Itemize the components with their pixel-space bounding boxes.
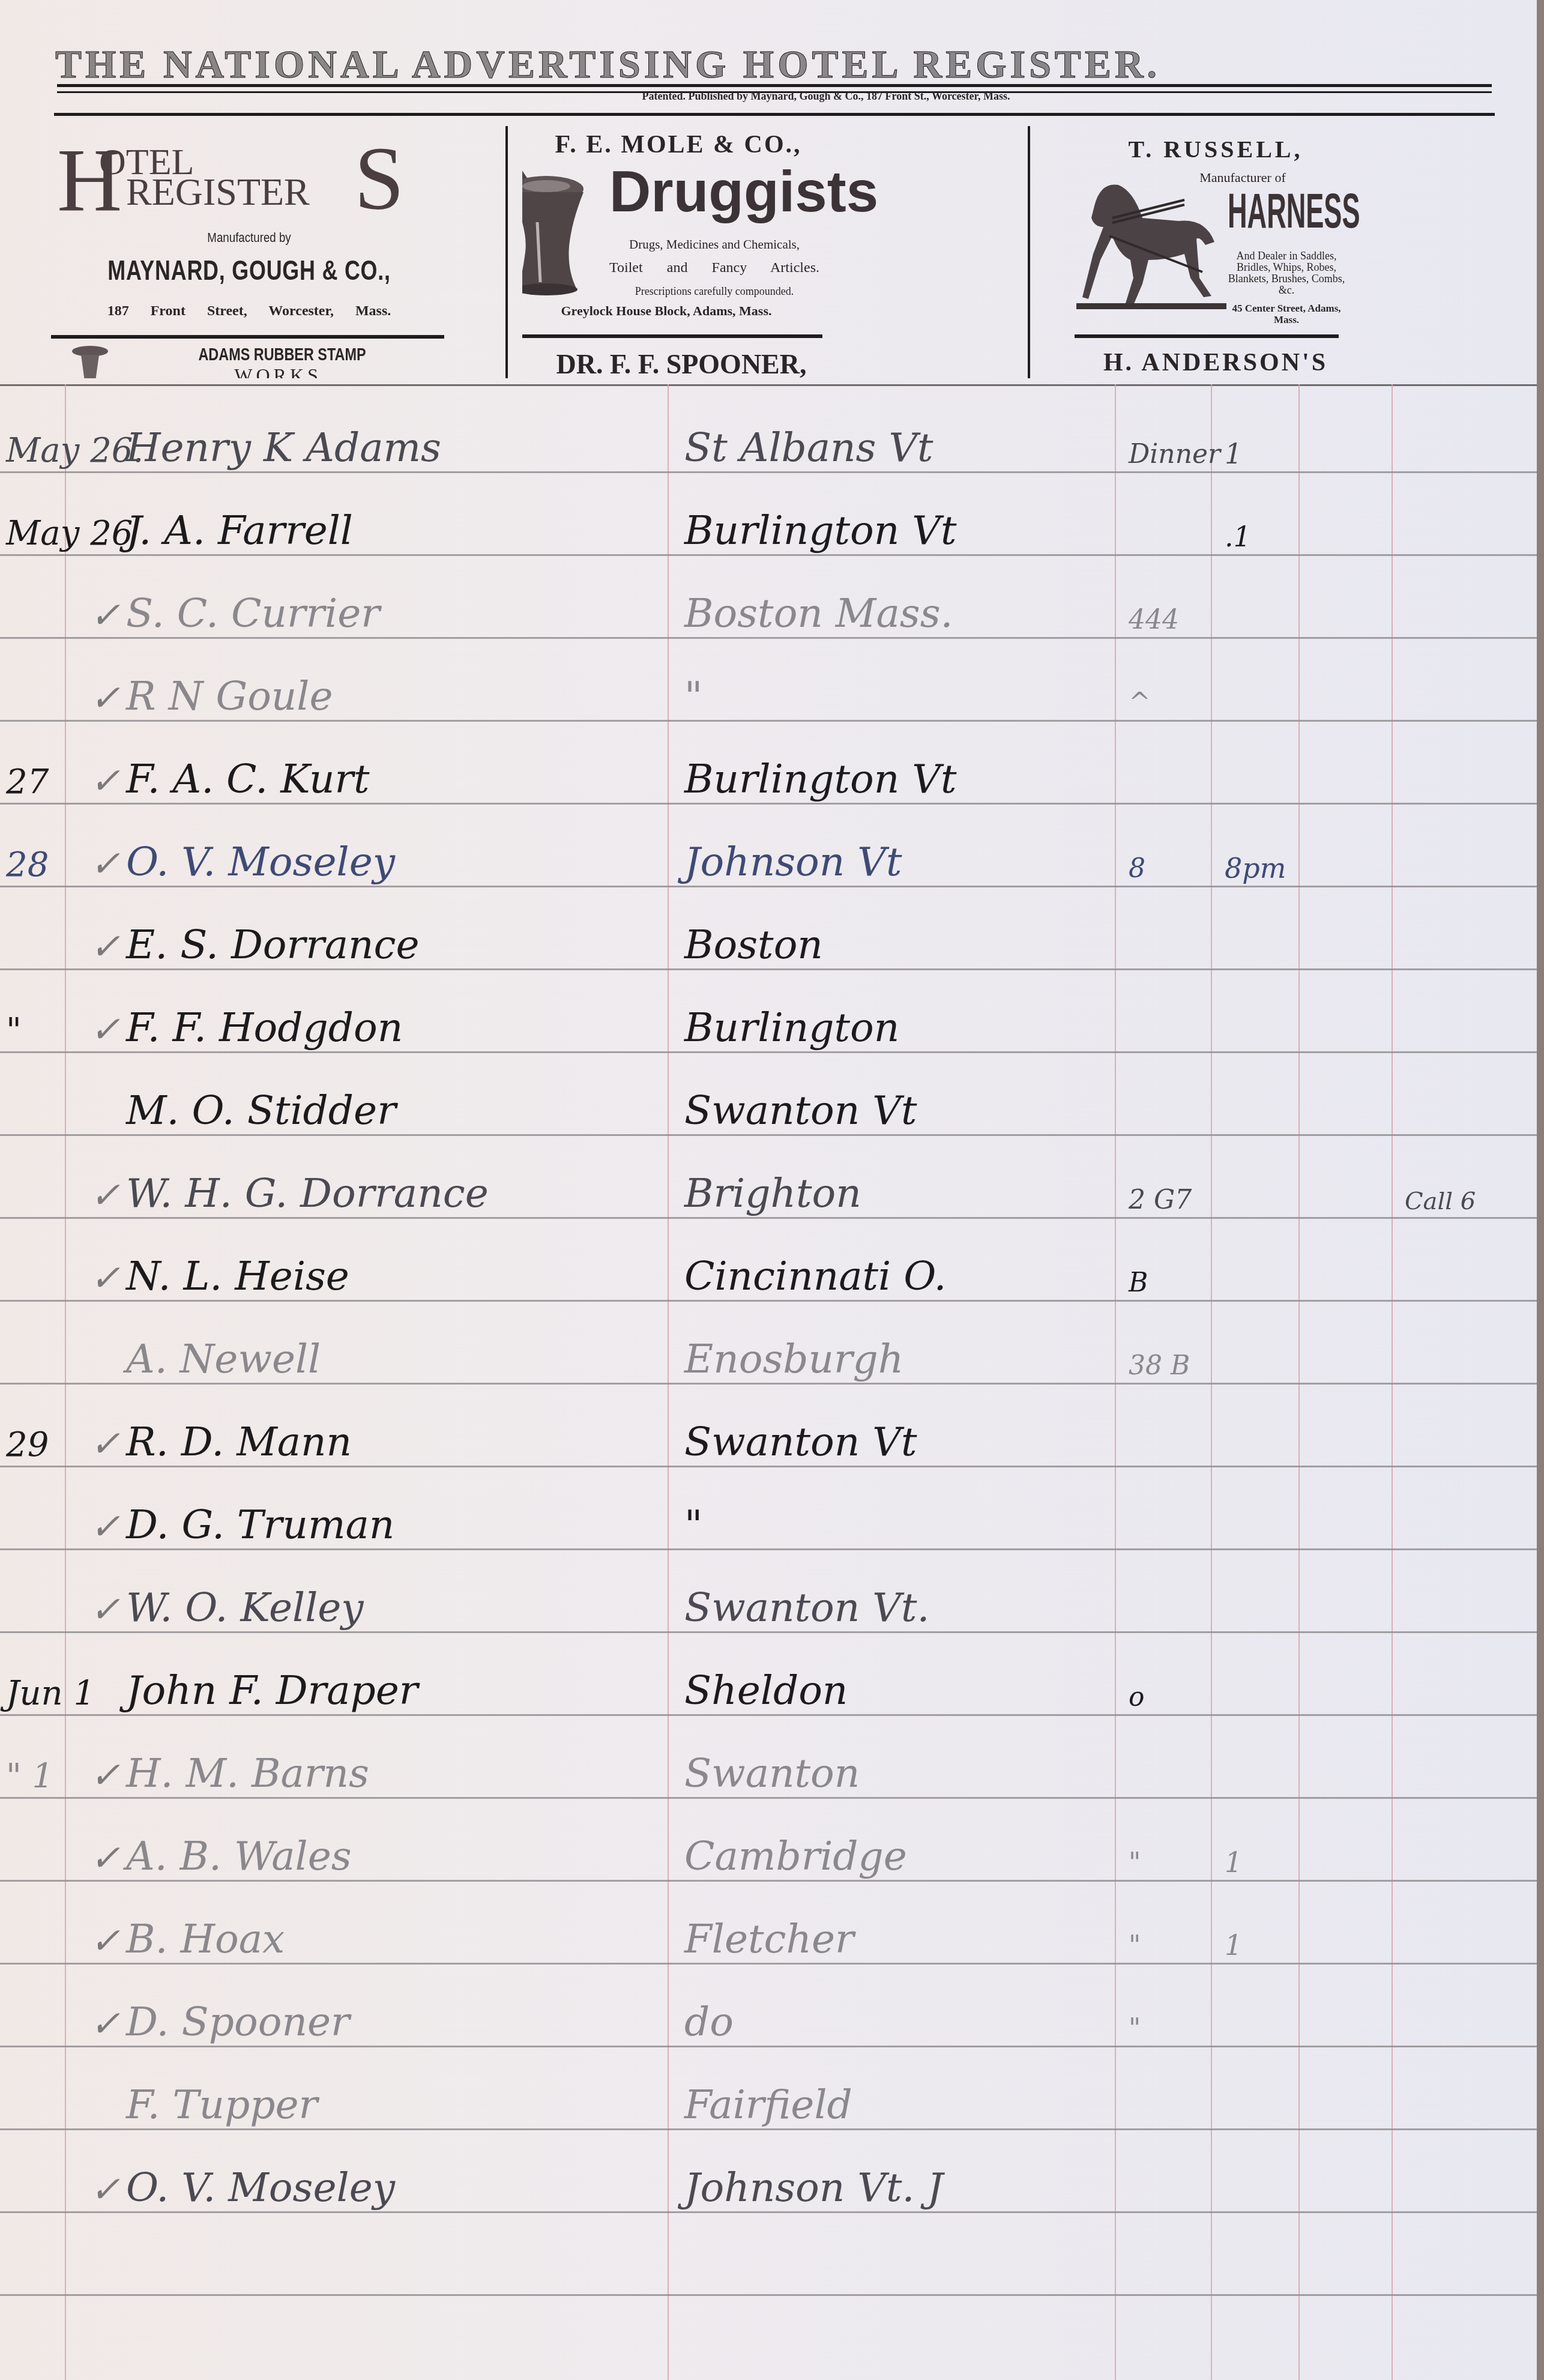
ad-company: T. RUSSELL, xyxy=(1084,135,1348,163)
guest-residence: Swanton Vt. xyxy=(684,1588,929,1628)
ad-line-2: Toilet and Fancy Articles. xyxy=(609,260,819,276)
ad-divider xyxy=(1028,126,1030,378)
guest-residence: Johnson Vt xyxy=(684,842,902,882)
ad-headline: HARNESS xyxy=(1228,183,1291,240)
ad-stamp-works: ADAMS RUBBER STAMP xyxy=(154,345,411,364)
checkmark-icon: ✓ xyxy=(90,929,120,965)
checkmark-icon: ✓ xyxy=(90,1592,120,1628)
guest-entry-row: ✓ B. Hoax Fletcher " 1 xyxy=(0,1881,1537,1963)
room-number: o xyxy=(1129,1684,1145,1711)
checkmark-icon: ✓ xyxy=(90,763,120,799)
room-number: " xyxy=(1129,1933,1141,1959)
guest-residence: Johnson Vt. J xyxy=(684,2168,943,2208)
ad-divider xyxy=(505,126,508,378)
guest-residence: Swanton xyxy=(684,1754,860,1793)
guest-residence: Burlington xyxy=(684,1008,899,1048)
room-number: Dinner xyxy=(1129,441,1220,468)
guest-name: F. F. Hodgdon xyxy=(126,1008,403,1048)
guest-entry-row: 27 ✓ F. A. C. Kurt Burlington Vt xyxy=(0,721,1537,803)
guest-name: W. O. Kelley xyxy=(126,1588,364,1628)
guest-name: B. Hoax xyxy=(126,1919,285,1959)
ad-line-1: Drugs, Medicines and Chemicals, xyxy=(612,237,816,252)
room-number: 38 B xyxy=(1129,1353,1190,1379)
guest-entry-row: ✓ O. V. Moseley Johnson Vt. J xyxy=(0,2130,1537,2211)
guest-name: F. A. C. Kurt xyxy=(126,760,370,799)
room-number: " xyxy=(1129,2016,1141,2042)
guest-name: A. B. Wales xyxy=(126,1837,352,1876)
guest-name: O. V. Moseley xyxy=(126,2168,395,2208)
ad-druggists: F. E. MOLE & CO., Druggists Drugs, Medic… xyxy=(522,123,1015,378)
guest-name: R. D. Mann xyxy=(126,1422,352,1462)
ad-line-3: Prescriptions carefully compounded. xyxy=(612,285,816,298)
guest-residence: do xyxy=(684,2002,734,2042)
guest-name: R N Goule xyxy=(126,677,333,716)
extra-column-1: 8pm xyxy=(1225,854,1286,882)
guest-residence: Cincinnati O. xyxy=(684,1257,946,1296)
guest-name: F. Tupper xyxy=(126,2085,318,2125)
extra-column-3: Call 6 xyxy=(1405,1189,1476,1213)
entry-date: May 26. xyxy=(6,434,96,468)
room-number: 444 xyxy=(1129,607,1179,633)
guest-name: O. V. Moseley xyxy=(126,842,395,882)
guest-name: E. S. Dorrance xyxy=(126,925,420,965)
masthead-rule-top xyxy=(57,84,1492,87)
guest-entry-row: ✓ D. Spooner do " xyxy=(0,1964,1537,2046)
guest-residence: " xyxy=(684,677,702,716)
guest-name: Henry K Adams xyxy=(126,428,441,468)
extra-column-1: 1 xyxy=(1225,1849,1242,1876)
guest-residence: Swanton Vt xyxy=(684,1091,917,1131)
guest-residence: Fletcher xyxy=(684,1919,854,1959)
entry-date: " xyxy=(6,1014,96,1048)
guest-entry-row: ✓ W. H. G. Dorrance Brighton 2 G7 Call 6 xyxy=(0,1135,1537,1217)
guest-entry-row: ✓ W. O. Kelley Swanton Vt. xyxy=(0,1550,1537,1631)
guest-entry-row: ✓ E. S. Dorrance Boston xyxy=(0,887,1537,968)
guest-name: J. A. Farrell xyxy=(126,511,353,551)
checkmark-icon: ✓ xyxy=(90,1426,120,1462)
ad-rule xyxy=(1075,334,1339,338)
masthead-rule-bottom xyxy=(54,113,1495,116)
guest-entry-row: Jun 1 John F. Draper Sheldon o xyxy=(0,1632,1537,1714)
horse-harness-icon xyxy=(1076,170,1226,311)
checkmark-icon: ✓ xyxy=(90,1260,120,1296)
guest-name: M. O. Stidder xyxy=(126,1091,396,1131)
guest-entry-row: ✓ R N Goule " ^ xyxy=(0,638,1537,720)
ad-dealer-text: And Dealer in Saddles, Bridles, Whips, R… xyxy=(1226,250,1346,296)
checkmark-icon: ✓ xyxy=(90,846,120,882)
book-spine-edge xyxy=(1537,0,1544,2380)
ad-address: 187 Front Street, Worcester, Mass. xyxy=(51,303,447,319)
guest-entry-row: " ✓ F. F. Hodgdon Burlington xyxy=(0,970,1537,1051)
rubber-stamp-icon xyxy=(69,345,111,378)
ad-registers: REGISTER xyxy=(126,170,310,214)
guest-name: N. L. Heise xyxy=(126,1257,349,1296)
guest-residence: Cambridge xyxy=(684,1837,907,1876)
guest-entry-row: May 26 J. A. Farrell Burlington Vt .1 xyxy=(0,473,1537,554)
guest-residence: Swanton Vt xyxy=(684,1422,917,1462)
ad-next-anderson: H. ANDERSON'S xyxy=(1054,348,1378,377)
checkmark-icon: ✓ xyxy=(90,2006,120,2042)
guest-entry-row: A. Newell Enosburgh 38 B xyxy=(0,1301,1537,1383)
entry-date: 29 xyxy=(6,1428,96,1462)
ad-harness: T. RUSSELL, Manufacturer of HARNESS And … xyxy=(1036,123,1504,378)
guest-entry-row: May 26. Henry K Adams St Albans Vt Dinne… xyxy=(0,390,1537,471)
guest-name: W. H. G. Dorrance xyxy=(126,1174,489,1213)
ad-next-spooner: DR. F. F. SPOONER, xyxy=(522,348,876,378)
checkmark-icon: ✓ xyxy=(90,2172,120,2208)
extra-column-1: .1 xyxy=(1225,523,1251,551)
guest-residence: Enosburgh xyxy=(684,1340,903,1379)
entry-date: Jun 1 xyxy=(6,1677,96,1711)
ad-headline: Druggists xyxy=(609,159,825,225)
checkmark-icon: ✓ xyxy=(90,1923,120,1959)
checkmark-icon: ✓ xyxy=(90,680,120,716)
ruled-line xyxy=(0,2294,1537,2296)
guest-entry-row: ✓ N. L. Heise Cincinnati O. B xyxy=(0,1218,1537,1300)
room-number: B xyxy=(1129,1270,1148,1296)
masthead-title: THE NATIONAL ADVERTISING HOTEL REGISTER. xyxy=(55,42,1496,88)
checkmark-icon: ✓ xyxy=(90,1509,120,1545)
guest-residence: Fairfield xyxy=(684,2085,852,2125)
guest-name: John F. Draper xyxy=(126,1671,418,1711)
ad-rule xyxy=(522,334,822,338)
entry-date: " 1 xyxy=(6,1760,96,1793)
extra-column-1: 1 xyxy=(1225,440,1242,468)
guest-name: D. Spooner xyxy=(126,2002,350,2042)
ad-company: MAYNARD, GOUGH & CO., xyxy=(95,254,404,286)
guest-entry-row: ✓ A. B. Wales Cambridge " 1 xyxy=(0,1798,1537,1880)
guest-name: S. C. Currier xyxy=(126,594,380,633)
checkmark-icon: ✓ xyxy=(90,1177,120,1213)
entry-date: May 26 xyxy=(6,517,96,551)
ad-big-s: S xyxy=(354,134,404,224)
extra-column-1: 1 xyxy=(1225,1931,1242,1959)
guest-residence: St Albans Vt xyxy=(684,428,933,468)
room-number: 2 G7 xyxy=(1129,1187,1192,1213)
guest-name: A. Newell xyxy=(126,1340,321,1379)
guest-residence: Burlington Vt xyxy=(684,760,956,799)
guest-entry-row: ✓ D. G. Truman " xyxy=(0,1467,1537,1548)
ad-address: Greylock House Block, Adams, Mass. xyxy=(522,303,834,319)
entry-date: 28 xyxy=(6,848,96,882)
guest-entry-row: 29 ✓ R. D. Mann Swanton Vt xyxy=(0,1384,1537,1466)
entry-date: 27 xyxy=(6,766,96,799)
guest-name: D. G. Truman xyxy=(126,1505,394,1545)
ad-works: WORKS, xyxy=(117,364,447,378)
masthead-subtitle: Patented. Published by Maynard, Gough & … xyxy=(0,90,1544,103)
checkmark-icon: ✓ xyxy=(90,597,120,633)
guest-residence: Brighton xyxy=(684,1174,861,1213)
ruled-line xyxy=(0,2211,1537,2213)
guest-entry-row: " 1 ✓ H. M. Barns Swanton xyxy=(0,1715,1537,1797)
guest-residence: " xyxy=(684,1505,702,1545)
checkmark-icon: ✓ xyxy=(90,1757,120,1793)
room-number: " xyxy=(1129,1850,1141,1876)
guest-entry-row: 28 ✓ O. V. Moseley Johnson Vt 8 8pm xyxy=(0,804,1537,886)
guest-residence: Sheldon xyxy=(684,1671,848,1711)
guest-entry-row: F. Tupper Fairfield xyxy=(0,2047,1537,2128)
ad-address: 45 Center Street, Adams, Mass. xyxy=(1226,303,1346,325)
checkmark-icon: ✓ xyxy=(90,1840,120,1876)
mortar-pestle-icon xyxy=(522,156,588,297)
ad-hotel-registers: H OTEL REGISTER S Manufactured by MAYNAR… xyxy=(51,123,447,378)
room-number: ^ xyxy=(1129,690,1151,716)
ad-manufactured-by: Manufactured by xyxy=(81,230,418,246)
ad-company: F. E. MOLE & CO., xyxy=(522,130,894,159)
checkmark-icon: ✓ xyxy=(90,1012,120,1048)
ad-rule xyxy=(51,335,444,339)
guest-entry-row: M. O. Stidder Swanton Vt xyxy=(0,1053,1537,1134)
guest-residence: Burlington Vt xyxy=(684,511,956,551)
room-number: 8 xyxy=(1129,856,1145,882)
guest-entry-row: ✓ S. C. Currier Boston Mass. 444 xyxy=(0,555,1537,637)
guest-residence: Boston xyxy=(684,925,823,965)
guest-name: H. M. Barns xyxy=(126,1754,369,1793)
ledger-top-edge xyxy=(0,384,1537,386)
guest-residence: Boston Mass. xyxy=(684,594,953,633)
